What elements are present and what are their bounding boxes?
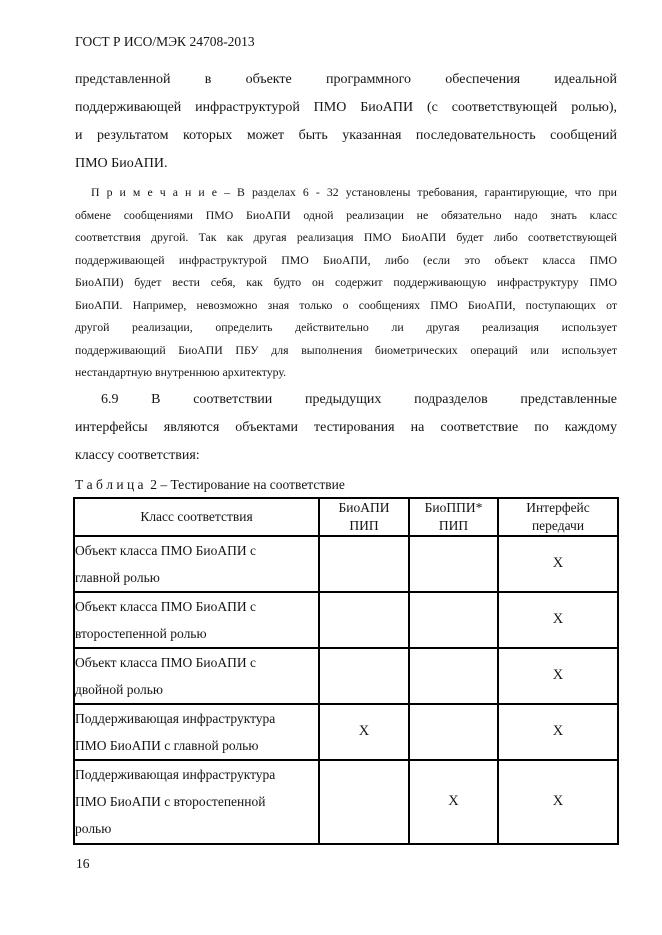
paragraph-continuation: представленной в объекте программного об…: [75, 66, 617, 178]
paragraph-line: и результатом которых может быть указанн…: [75, 122, 617, 150]
document-page: ГОСТ Р ИСО/МЭК 24708-2013 представленной…: [75, 33, 617, 845]
paragraph-line: ПМО БиоАПИ.: [75, 150, 617, 178]
cell-bioapi-pip: [319, 648, 409, 704]
paragraph-line: представленной в объекте программного об…: [75, 66, 617, 94]
cell-bioppi-pip: [409, 704, 498, 760]
table-row: Поддерживающая инфраструктура ПМО БиоАПИ…: [74, 704, 618, 760]
note-line: обмене сообщениями ПМО БиоАПИ одной реал…: [75, 204, 617, 227]
cell-transfer-interface: X: [498, 704, 618, 760]
table-header-row: Класс соответствия БиоАПИ ПИП БиоППИ* ПИ…: [74, 498, 618, 536]
paragraph-line: интерфейсы являются объектами тестирован…: [75, 414, 617, 442]
cell-transfer-interface: X: [498, 536, 618, 592]
column-header-conformance-class: Класс соответствия: [74, 498, 319, 536]
cell-bioapi-pip: [319, 592, 409, 648]
column-header-bioppi-pip: БиоППИ* ПИП: [409, 498, 498, 536]
cell-bioppi-pip: [409, 648, 498, 704]
table-row: Объект класса ПМО БиоАПИ с двойной ролью…: [74, 648, 618, 704]
row-label: Поддерживающая инфраструктура ПМО БиоАПИ…: [74, 760, 319, 844]
cell-bioapi-pip: X: [319, 704, 409, 760]
note-line: поддерживающий БиоАПИ ПБУ для выполнения…: [75, 339, 617, 362]
paragraph-line: классу соответствия:: [75, 442, 617, 470]
table-row: Объект класса ПМО БиоАПИ с главной ролью…: [74, 536, 618, 592]
cell-bioapi-pip: [319, 536, 409, 592]
cell-bioppi-pip: [409, 592, 498, 648]
note-line: нестандартную внутреннюю архитектуру.: [75, 361, 617, 384]
table-row: Объект класса ПМО БиоАПИ с второстепенно…: [74, 592, 618, 648]
note-line: другой реализации, определить действител…: [75, 316, 617, 339]
row-label: Объект класса ПМО БиоАПИ с двойной ролью: [74, 648, 319, 704]
cell-bioapi-pip: [319, 760, 409, 844]
cell-transfer-interface: X: [498, 760, 618, 844]
row-label: Поддерживающая инфраструктура ПМО БиоАПИ…: [74, 704, 319, 760]
cell-transfer-interface: X: [498, 592, 618, 648]
note-line: соответствия другой. Так как другая реал…: [75, 226, 617, 249]
cell-transfer-interface: X: [498, 648, 618, 704]
column-header-bioapi-pip: БиоАПИ ПИП: [319, 498, 409, 536]
paragraph-line: поддерживающей инфраструктурой ПМО БиоАП…: [75, 94, 617, 122]
note-line: поддерживающей инфраструктурой ПМО БиоАП…: [75, 249, 617, 272]
document-standard-code: ГОСТ Р ИСО/МЭК 24708-2013: [75, 33, 617, 50]
note-line: БиоАПИ. Например, невозможно зная только…: [75, 294, 617, 317]
page-number: 16: [76, 856, 90, 872]
row-label: Объект класса ПМО БиоАПИ с главной ролью: [74, 536, 319, 592]
row-label: Объект класса ПМО БиоАПИ с второстепенно…: [74, 592, 319, 648]
cell-bioppi-pip: X: [409, 760, 498, 844]
note-line: П р и м е ч а н и е – В разделах 6 - 32 …: [75, 181, 617, 204]
conformance-testing-table: Класс соответствия БиоАПИ ПИП БиоППИ* ПИ…: [73, 497, 619, 845]
table-caption: Т а б л и ц а 2 – Тестирование на соотве…: [75, 475, 617, 495]
cell-bioppi-pip: [409, 536, 498, 592]
clause-6-9-paragraph: 6.9 В соответствии предыдущих подраздело…: [75, 386, 617, 470]
paragraph-line: 6.9 В соответствии предыдущих подраздело…: [75, 386, 617, 414]
note-paragraph: П р и м е ч а н и е – В разделах 6 - 32 …: [75, 181, 617, 384]
column-header-transfer-interface: Интерфейс передачи: [498, 498, 618, 536]
note-line: БиоАПИ) будет вести себя, как будто он с…: [75, 271, 617, 294]
table-row: Поддерживающая инфраструктура ПМО БиоАПИ…: [74, 760, 618, 844]
